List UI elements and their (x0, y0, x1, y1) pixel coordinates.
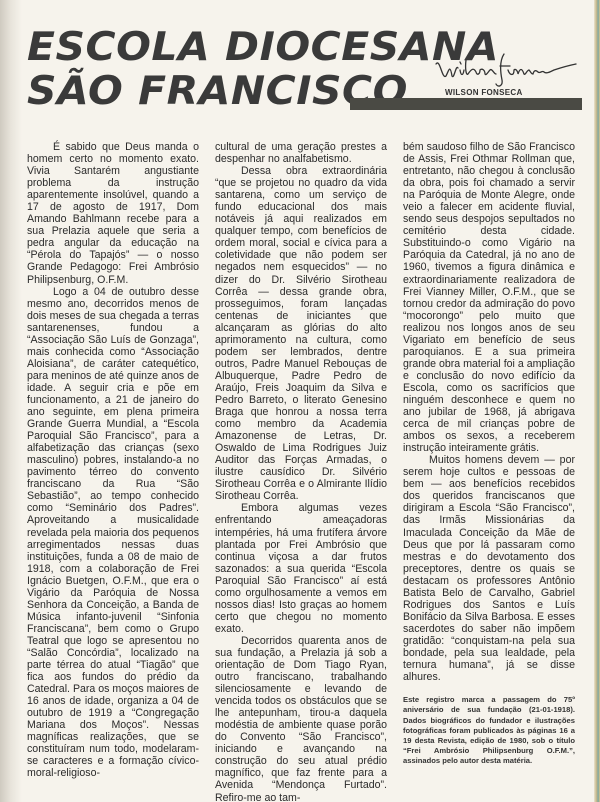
paragraph: É sabido que Deus manda o homem certo no… (27, 141, 199, 286)
paragraph: cultural de uma geração prestes a despen… (215, 141, 387, 165)
page-edge (594, 0, 600, 802)
signature-icon (430, 50, 580, 90)
paragraph: Logo a 04 de outubro desse mesmo ano, de… (27, 286, 199, 780)
title-line-1: ESCOLA DIOCESANA (27, 26, 499, 70)
column-2: cultural de uma geração prestes a despen… (215, 141, 387, 802)
column-3: bém saudoso filho de São Francisco de As… (403, 141, 575, 767)
paragraph: Embora algumas vezes enfrentando ameaçad… (215, 502, 387, 635)
byline (430, 50, 580, 90)
paragraph: bém saudoso filho de São Francisco de As… (403, 141, 575, 454)
paragraph: Decorridos quarenta anos de sua fundação… (215, 635, 387, 802)
author-name: WILSON FONSECA (445, 88, 523, 97)
author-divider-bar (350, 98, 582, 110)
paragraph: Dessa obra extraordinária “que se projet… (215, 165, 387, 502)
paragraph: Muitos homens devem — por serem hoje cul… (403, 454, 575, 683)
column-1: É sabido que Deus manda o homem certo no… (27, 141, 199, 779)
article-body: É sabido que Deus manda o homem certo no… (27, 141, 575, 801)
page-gutter-shadow (0, 0, 22, 802)
footnote: Este registro marca a passagem do 75º an… (403, 695, 575, 766)
